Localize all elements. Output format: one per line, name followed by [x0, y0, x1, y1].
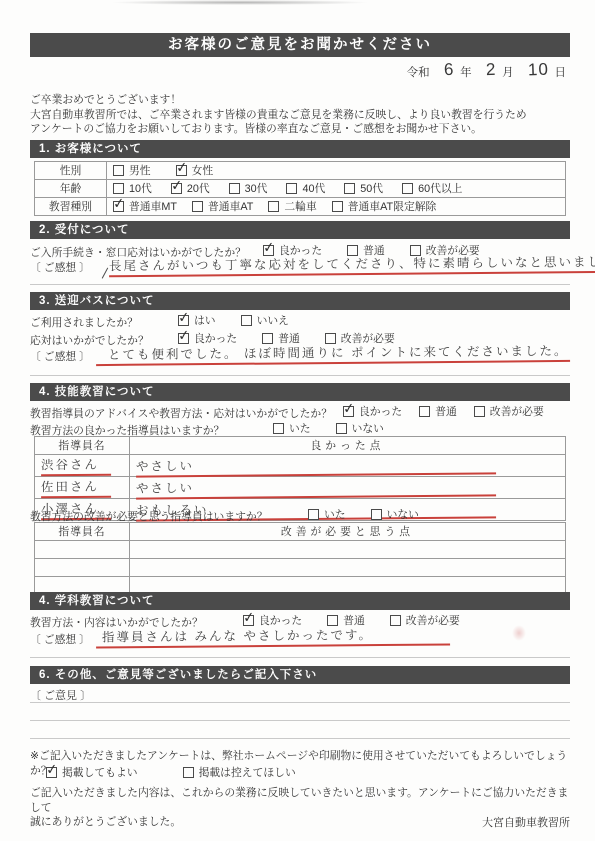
checkbox[interactable] — [113, 183, 124, 194]
intro-line-3: アンケートのご協力をお願いしております。皆様の率直なご意見・ご感想をお聞かせ下さ… — [30, 122, 570, 137]
checkbox-option: いた — [308, 507, 346, 522]
checkbox-option: 20代 — [171, 181, 210, 196]
good-point-handwriting: やさしい — [136, 453, 496, 477]
date-month-unit: 月 — [502, 64, 514, 80]
empty-writing-line — [30, 719, 570, 721]
section5-comment-handwriting: 指導員さんは みんな やさしかったです。 — [96, 624, 450, 648]
improve-instructor-table: 指導員名 改善が必要と思う点 — [34, 522, 566, 595]
checkbox[interactable] — [183, 767, 194, 778]
checkbox[interactable] — [176, 165, 187, 176]
table-row: 教習種別 普通車MT 普通車AT 二輪車 普通車AT限定解除 — [35, 198, 566, 216]
date-month-value: 2 — [485, 60, 496, 80]
section6-title: 6. その他、ご意見等ございましたらご記入下さい — [39, 669, 317, 681]
checkbox-option: 女性 — [176, 163, 214, 178]
table-row — [35, 541, 566, 559]
section3-q1: ご利用されましたか？ — [30, 315, 175, 330]
section2-comment-row: 〔 ご感想 〕 長尾さんがいつも丁寧な応対をしてくださり、特に素晴らしいなと思い… — [30, 254, 570, 275]
checkbox[interactable] — [308, 509, 319, 520]
checkbox[interactable] — [178, 315, 189, 326]
section6-header: 6. その他、ご意見等ございましたらご記入下さい — [30, 666, 570, 684]
checkbox[interactable] — [46, 767, 57, 778]
empty-writing-line — [30, 656, 570, 658]
intro-line-1: ご卒業おめでとうございます！ — [30, 93, 570, 108]
checkbox[interactable] — [344, 183, 355, 194]
section3-q1-row: ご利用されましたか？ はい いいえ — [30, 313, 570, 330]
checkbox[interactable] — [229, 183, 240, 194]
empty-writing-line — [30, 374, 570, 376]
checkbox-option: 普通車MT — [113, 199, 177, 214]
closing-line-1: ご記入いただきました内容は、これからの業務に反映していきたいと思います。アンケー… — [30, 786, 570, 815]
section5-comment-row: 〔 ご感想 〕 指導員さんは みんな やさしかったです。 — [30, 626, 450, 647]
row-label-course-type: 教習種別 — [35, 198, 107, 216]
checkbox[interactable] — [241, 315, 252, 326]
checkbox-option: 二輪車 — [268, 199, 316, 214]
checkbox-option: 普通車AT — [192, 199, 253, 214]
checkbox[interactable] — [113, 165, 124, 176]
checkbox[interactable] — [243, 615, 254, 626]
instructor-name-handwriting: 佐田さん — [41, 477, 111, 499]
scan-shadow-artifact — [110, 0, 370, 5]
section2-comment-handwriting: 長尾さんがいつも丁寧な応対をしてくださり、特に素晴らしいなと思いました。 — [109, 252, 595, 278]
checkbox[interactable] — [113, 201, 124, 212]
checkbox-option: 良かった — [343, 404, 402, 419]
empty-writing-line — [30, 701, 570, 703]
checkbox-option: 掲載してもよい — [46, 765, 138, 780]
checkbox[interactable] — [286, 183, 297, 194]
checkbox[interactable] — [268, 201, 279, 212]
checkbox-option: いない — [336, 421, 384, 436]
form-title: お客様のご意見をお聞かせください — [168, 37, 432, 53]
comment-label: 〔 ご感想 〕 — [30, 260, 90, 275]
checkbox[interactable] — [336, 423, 347, 434]
section4-q1-row: 教習指導員のアドバイスや教習方法・応対はいかがでしたか？ 良かった 普通 改善が… — [30, 404, 570, 421]
row-label-age: 年齢 — [35, 180, 107, 198]
checkbox-option: 普通 — [419, 404, 457, 419]
section3-header: 3. 送迎バスについて — [30, 292, 570, 310]
checkbox-option: はい — [178, 313, 216, 328]
table-header-row: 指導員名 良かった点 — [35, 437, 566, 455]
section2-title: 2. 受付について — [39, 224, 130, 236]
checkbox[interactable] — [192, 201, 203, 212]
col-header-improve-points: 改善が必要と思う点 — [130, 523, 566, 541]
empty-writing-line — [30, 283, 570, 285]
date-year-unit: 年 — [460, 64, 472, 80]
checkbox-option: 60代以上 — [402, 181, 462, 196]
good-point-handwriting: やさしい — [136, 475, 496, 499]
date-era-label: 令和 — [407, 64, 430, 80]
section3-comment-row: 〔 ご感想 〕 とても便利でした。 ほぼ時間通りに ポイントに来てくださいました… — [30, 343, 570, 364]
checkbox[interactable] — [474, 406, 485, 417]
table-row: 佐田さん やさしい — [35, 477, 566, 499]
form-title-bar: お客様のご意見をお聞かせください — [30, 33, 570, 57]
checkbox[interactable] — [371, 509, 382, 520]
publish-options-row: 掲載してもよい 掲載は控えてほしい — [30, 765, 586, 781]
checkbox[interactable] — [419, 406, 430, 417]
checkbox-option: 普通車AT限定解除 — [332, 199, 437, 214]
date-year-value: 6 — [443, 60, 454, 80]
checkbox-option: 40代 — [286, 181, 325, 196]
table-row — [35, 559, 566, 577]
checkbox-option: いいえ — [241, 313, 289, 328]
checkbox[interactable] — [332, 201, 343, 212]
section2-header: 2. 受付について — [30, 221, 570, 239]
checkbox-option: 男性 — [113, 163, 151, 178]
section4-header: 4. 技能教習について — [30, 383, 570, 401]
checkbox[interactable] — [327, 615, 338, 626]
school-signature: 大宮自動車教習所 — [30, 814, 570, 830]
section4-title: 4. 技能教習について — [39, 386, 155, 398]
section3-title: 3. 送迎バスについて — [39, 295, 155, 307]
section1-title: 1. お客様について — [39, 143, 142, 155]
comment-label: 〔 ご感想 〕 — [30, 632, 90, 647]
instructor-name-handwriting: 渋谷さん — [41, 455, 111, 477]
table-row: 渋谷さん やさしい — [35, 455, 566, 477]
col-header-instructor-name: 指導員名 — [35, 523, 130, 541]
pen-stroke-mark — [93, 263, 108, 279]
checkbox-option: 改善が必要 — [474, 404, 544, 419]
comment-label: 〔 ご感想 〕 — [30, 349, 90, 364]
date-day-unit: 日 — [555, 64, 567, 80]
section3-comment-handwriting: とても便利でした。 ほぼ時間通りに ポイントに来てくださいました。 — [96, 341, 570, 366]
checkbox[interactable] — [343, 406, 354, 417]
section5-header: 4. 学科教習について — [30, 592, 570, 610]
checkbox-option: 10代 — [113, 181, 152, 196]
section1-table: 性別 男性 女性 年齢 10代 20代 30代 40代 50代 60代以上 教習 — [34, 161, 566, 216]
date-row: 令和 6 年 2 月 10 日 — [30, 60, 570, 80]
checkbox[interactable] — [171, 183, 182, 194]
checkbox-label: 男性 — [129, 163, 151, 178]
checkbox-option: 掲載は控えてほしい — [183, 765, 296, 780]
table-header-row: 指導員名 改善が必要と思う点 — [35, 523, 566, 541]
col-header-good-points: 良かった点 — [130, 437, 566, 455]
checkbox-option: 30代 — [229, 181, 268, 196]
col-header-instructor-name: 指導員名 — [35, 437, 130, 455]
intro-paragraph: ご卒業おめでとうございます！ 大宮自動車教習所では、ご卒業されます皆様の貴重なご… — [30, 93, 570, 137]
checkbox[interactable] — [273, 423, 284, 434]
checkbox[interactable] — [402, 183, 413, 194]
checkbox-label: 女性 — [192, 163, 214, 178]
checkbox-option: いた — [273, 421, 311, 436]
section1-header: 1. お客様について — [30, 140, 570, 158]
empty-writing-line — [30, 737, 570, 739]
section4-q1: 教習指導員のアドバイスや教習方法・応対はいかがでしたか？ — [30, 408, 332, 420]
row-label-gender: 性別 — [35, 162, 107, 180]
section5-title: 4. 学科教習について — [39, 595, 155, 607]
intro-line-2: 大宮自動車教習所では、ご卒業されます皆様の貴重なご意見を業務に反映し、より良い教… — [30, 108, 570, 123]
checkbox-option: いない — [371, 507, 419, 522]
survey-form-page: お客様のご意見をお聞かせください 令和 6 年 2 月 10 日 ご卒業おめでと… — [0, 0, 595, 841]
date-day-value: 10 — [527, 60, 549, 81]
checkbox-option: 50代 — [344, 181, 383, 196]
